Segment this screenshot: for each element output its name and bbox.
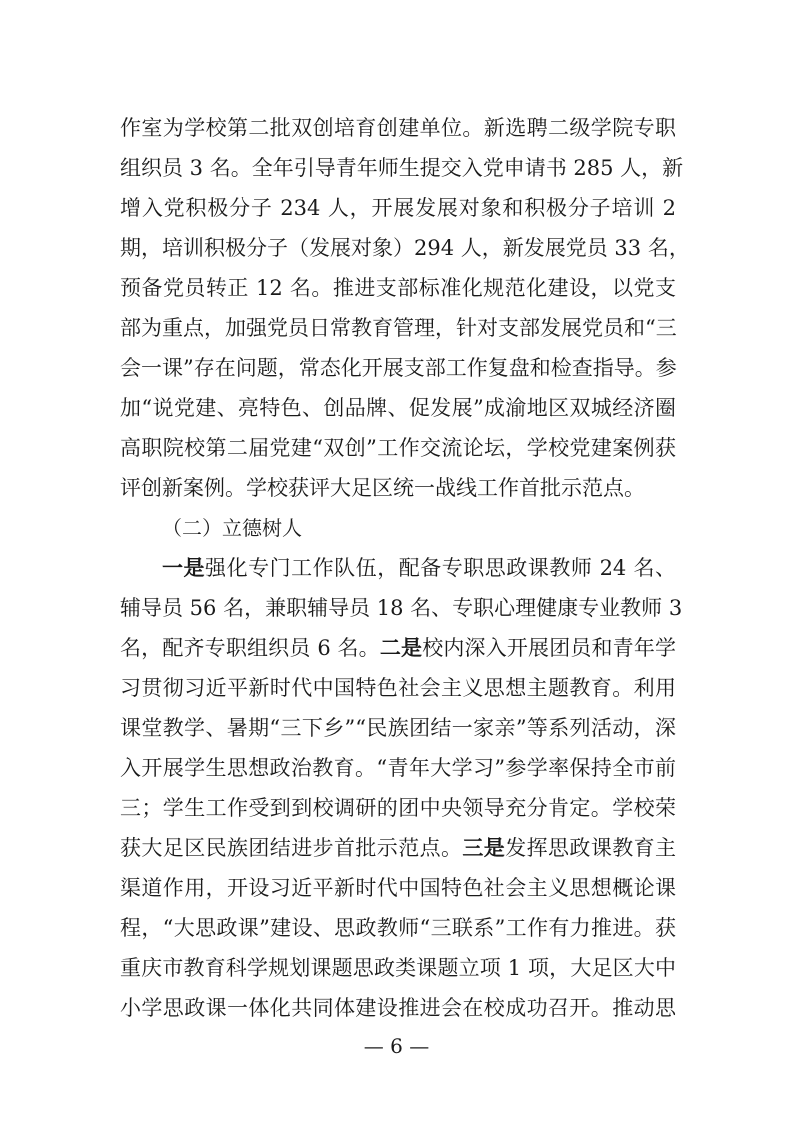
paragraph-line: 加“说党建、亮特色、创品牌、促发展”成渝地区双城经济圈: [120, 388, 676, 428]
line-text: 强化专门工作队伍，配备专职思政课教师 24 名、: [205, 556, 676, 580]
bold-lead: 一是: [162, 556, 205, 580]
paragraph-line: 期，培训积极分子（发展对象）294 人，新发展党员 33 名，: [120, 228, 676, 268]
paragraph-line: 辅导员 56 名，兼职辅导员 18 名、专职心理健康专业教师 3: [120, 588, 676, 628]
paragraph-line: 增入党积极分子 234 人，开展发展对象和积极分子培训 2: [120, 188, 676, 228]
paragraph-line: 名，配齐专职组织员 6 名。二是校内深入开展团员和青年学: [120, 628, 676, 668]
paragraph-line: 三；学生工作受到到校调研的团中央领导充分肯定。学校荣: [120, 788, 676, 828]
paragraph-line: 习贯彻习近平新时代中国特色社会主义思想主题教育。利用: [120, 668, 676, 708]
paragraph-line: 会一课”存在问题，常态化开展支部工作复盘和检查指导。参: [120, 348, 676, 388]
paragraph-line: 获大足区民族团结进步首批示范点。三是发挥思政课教育主: [120, 828, 676, 868]
paragraph-line: 评创新案例。学校获评大足区统一战线工作首批示范点。: [120, 468, 676, 508]
line-text: 获大足区民族团结进步首批示范点。: [120, 836, 462, 860]
paragraph-line: 预备党员转正 12 名。推进支部标准化规范化建设，以党支: [120, 268, 676, 308]
paragraph-line: 一是强化专门工作队伍，配备专职思政课教师 24 名、: [120, 548, 676, 588]
section-heading: （二）立德树人: [120, 508, 676, 548]
line-text: 校内深入开展团员和青年学: [422, 636, 676, 660]
bold-lead: 三是: [462, 836, 505, 860]
bold-lead: 二是: [380, 636, 422, 660]
paragraph-line: 课堂教学、暑期“三下乡”“民族团结一家亲”等系列活动，深: [120, 708, 676, 748]
paragraph-line: 重庆市教育科学规划课题思政类课题立项 1 项，大足区大中: [120, 948, 676, 988]
paragraph-line: 入开展学生思想政治教育。“青年大学习”参学率保持全市前: [120, 748, 676, 788]
document-body: 作室为学校第二批双创培育创建单位。新选聘二级学院专职 组织员 3 名。全年引导青…: [120, 108, 676, 1028]
paragraph-line: 高职院校第二届党建“双创”工作交流论坛，学校党建案例获: [120, 428, 676, 468]
page-number: — 6 —: [0, 1033, 793, 1059]
document-page: 作室为学校第二批双创培育创建单位。新选聘二级学院专职 组织员 3 名。全年引导青…: [0, 0, 793, 1122]
paragraph-line: 小学思政课一体化共同体建设推进会在校成功召开。推动思: [120, 988, 676, 1028]
paragraph-line: 组织员 3 名。全年引导青年师生提交入党申请书 285 人，新: [120, 148, 676, 188]
paragraph-line: 部为重点，加强党员日常教育管理，针对支部发展党员和“三: [120, 308, 676, 348]
line-text: 名，配齐专职组织员 6 名。: [120, 636, 380, 660]
line-text: 发挥思政课教育主: [505, 836, 676, 860]
paragraph-line: 渠道作用，开设习近平新时代中国特色社会主义思想概论课: [120, 868, 676, 908]
paragraph-line: 作室为学校第二批双创培育创建单位。新选聘二级学院专职: [120, 108, 676, 148]
paragraph-line: 程，“大思政课”建设、思政教师“三联系”工作有力推进。获: [120, 908, 676, 948]
